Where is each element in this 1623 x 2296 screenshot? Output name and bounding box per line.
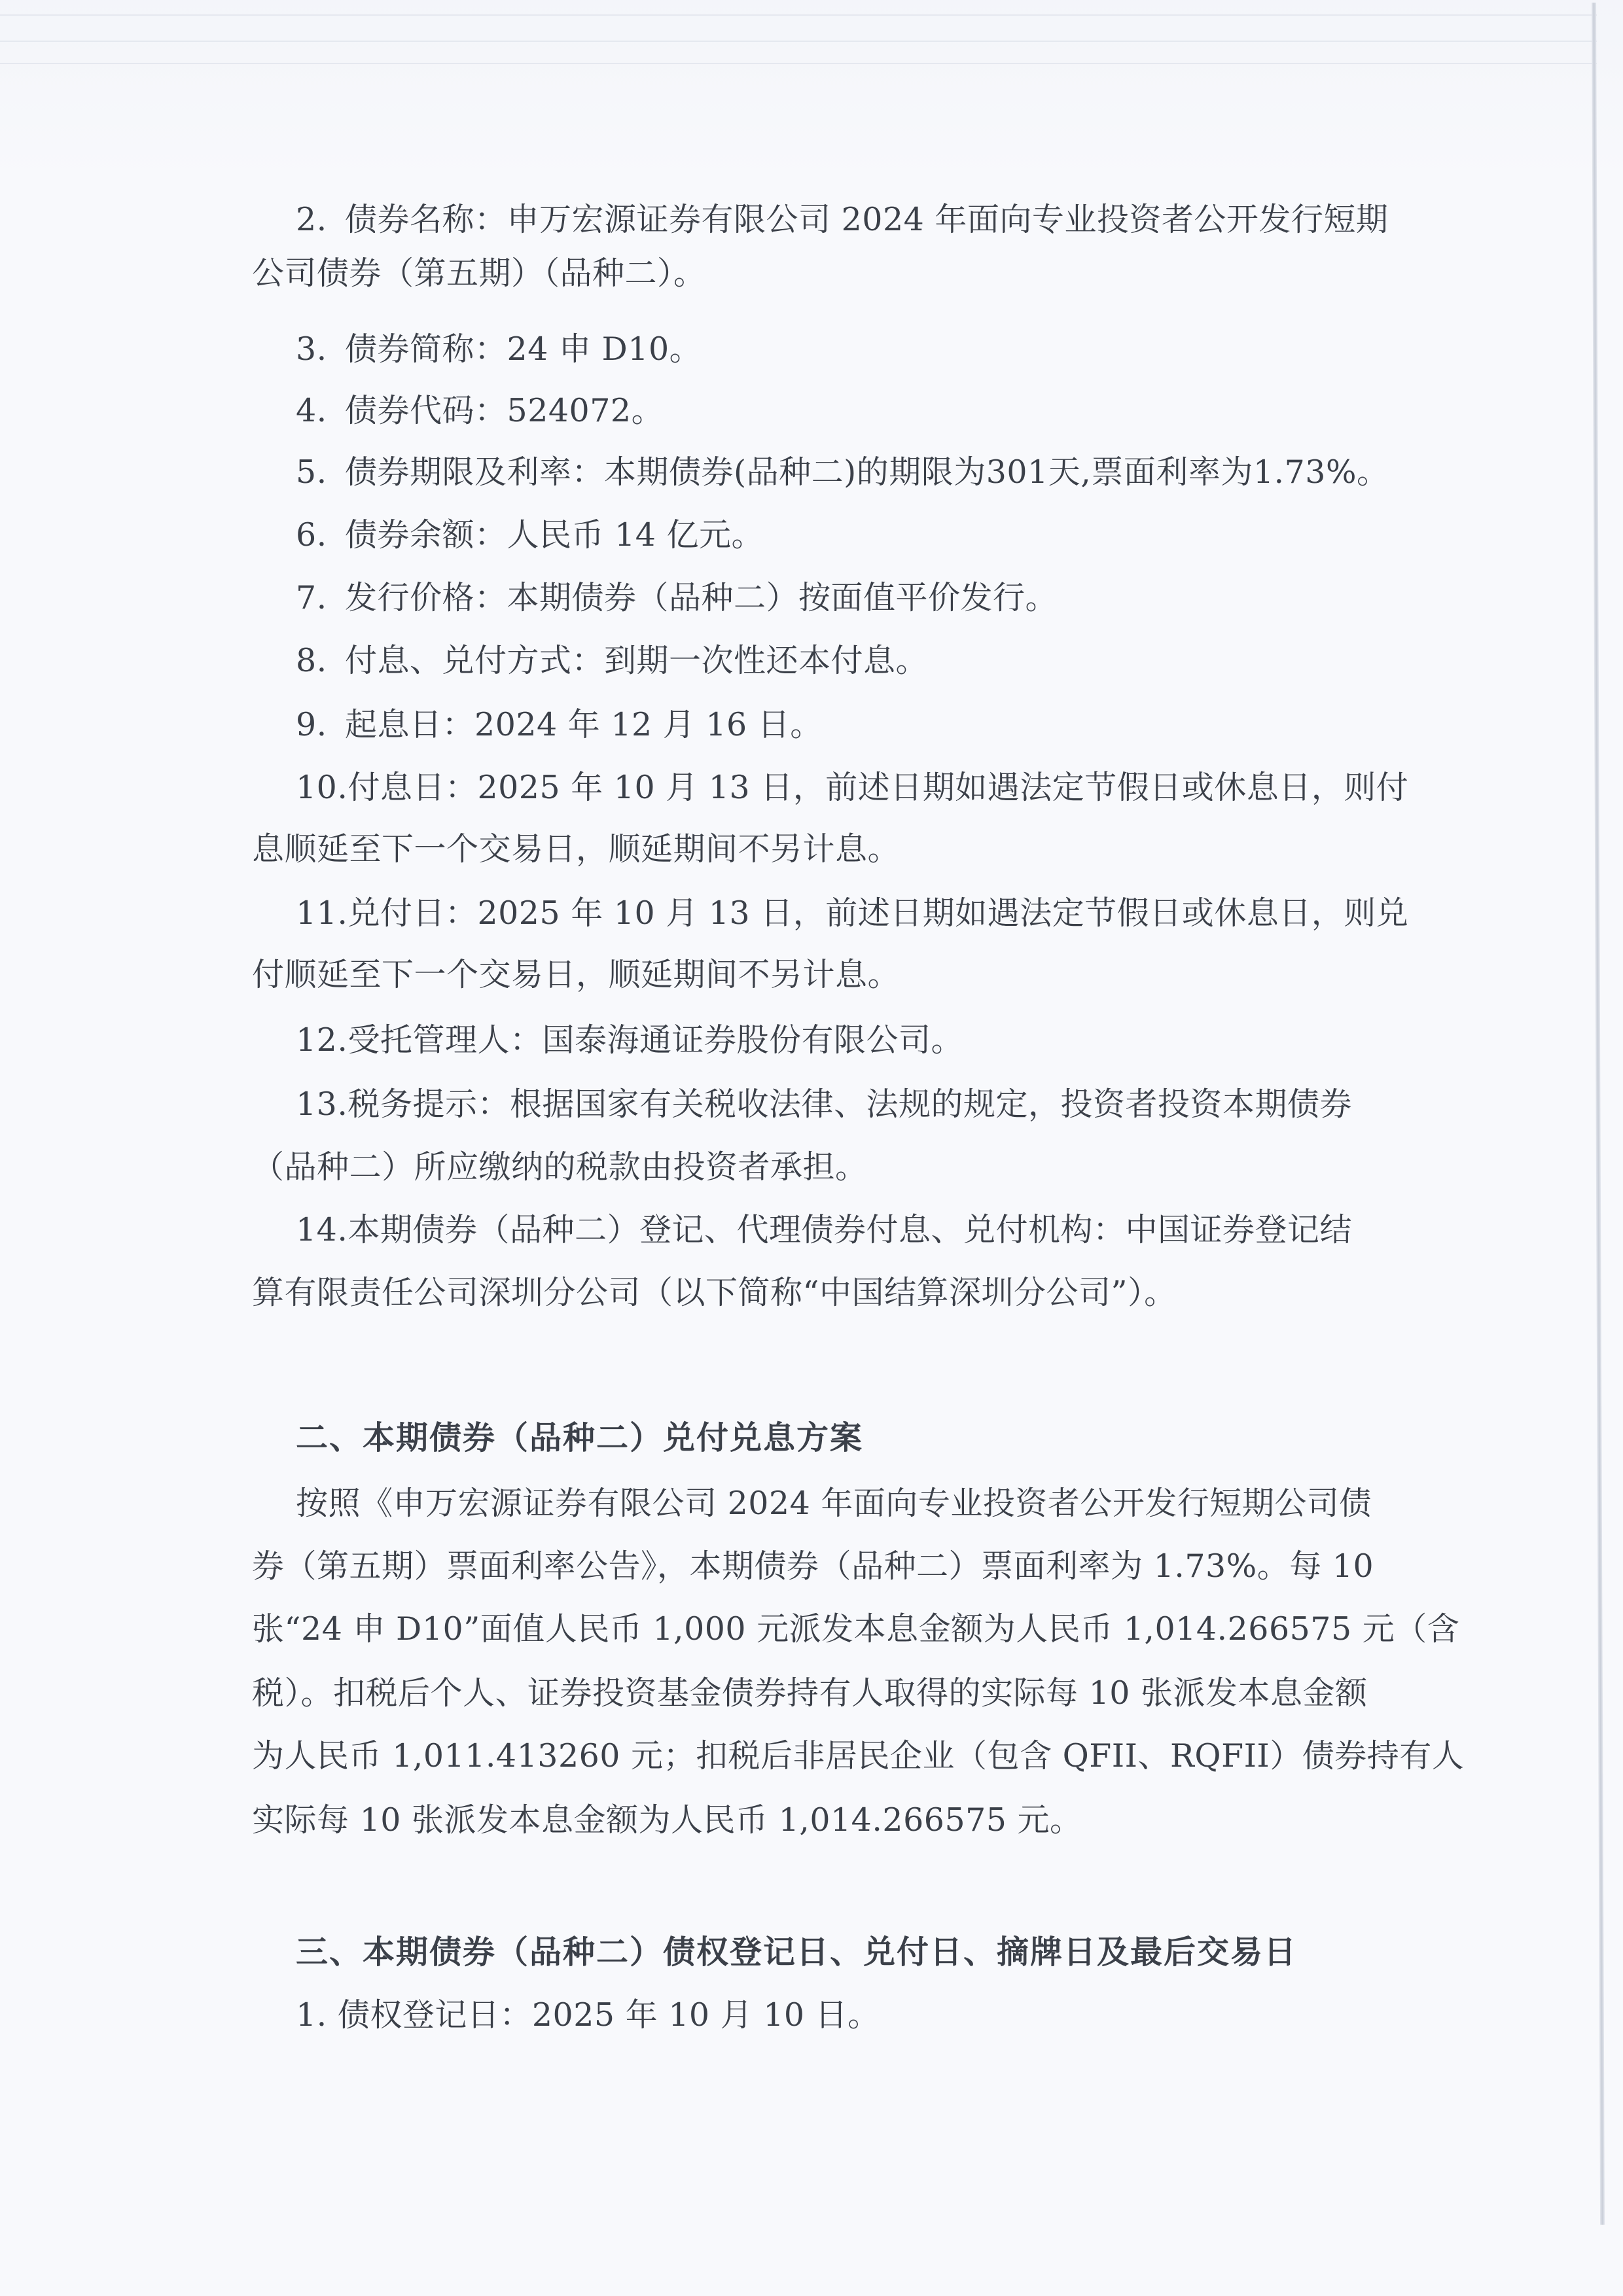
item-text: （品种二）所应缴纳的税款由投资者承担。 bbox=[252, 1148, 868, 1186]
list-item-13-continuation: （品种二）所应缴纳的税款由投资者承担。 bbox=[252, 1136, 868, 1199]
list-item-7: 7.发行价格：本期债券（品种二）按面值平价发行。 bbox=[296, 567, 1058, 629]
list-item-4: 4.债券代码：524072。 bbox=[296, 380, 664, 442]
item-label: 受托管理人： bbox=[348, 1021, 542, 1059]
item-text: 2025 年 10 月 13 日，前述日期如遇法定节假日或休息日，则付 bbox=[477, 769, 1408, 806]
list-item-13: 13.税务提示：根据国家有关税收法律、法规的规定，投资者投资本期债券 bbox=[296, 1073, 1352, 1136]
item-number: 4. bbox=[296, 380, 345, 442]
item-text: 2025 年 10 月 13 日，前述日期如遇法定节假日或休息日，则兑 bbox=[477, 894, 1408, 932]
item-label: 起息日： bbox=[345, 706, 474, 743]
item-number: 3. bbox=[296, 318, 345, 381]
item-label: 债券简称： bbox=[345, 330, 507, 368]
item-label: 债券期限及利率： bbox=[345, 453, 604, 491]
section-2-paragraph-line: 按照《申万宏源证券有限公司 2024 年面向专业投资者公开发行短期公司债 bbox=[296, 1472, 1372, 1535]
item-text: 到期一次性还本付息。 bbox=[604, 642, 928, 679]
section-3-item-1: 1. 债权登记日：2025 年 10 月 10 日。 bbox=[296, 1984, 880, 2047]
list-item-10: 10.付息日：2025 年 10 月 13 日，前述日期如遇法定节假日或休息日，… bbox=[296, 756, 1408, 819]
list-item-3: 3.债券简称：24 申 D10。 bbox=[296, 318, 702, 381]
item-number: 9. bbox=[296, 694, 345, 756]
item-number: 1. bbox=[296, 1996, 327, 2034]
item-text: 本期债券（品种二）按面值平价发行。 bbox=[507, 579, 1058, 616]
item-label: 债券代码： bbox=[345, 392, 507, 429]
scan-artifact-line bbox=[0, 14, 1597, 16]
item-label: 税务提示： bbox=[348, 1086, 510, 1123]
page-edge-line bbox=[1592, 3, 1605, 2225]
list-item-9: 9.起息日：2024 年 12 月 16 日。 bbox=[296, 694, 823, 756]
item-text: 申万宏源证券有限公司 2024 年面向专业投资者公开发行短期 bbox=[507, 201, 1389, 238]
item-label: 债权登记日： bbox=[338, 1996, 532, 2034]
item-text: 2024 年 12 月 16 日。 bbox=[474, 706, 823, 743]
item-number: 5. bbox=[296, 441, 345, 504]
item-text: 本期债券(品种二)的期限为301天,票面利率为1.73%。 bbox=[604, 453, 1389, 491]
item-number: 7. bbox=[296, 567, 345, 629]
item-label: 债券名称： bbox=[345, 201, 507, 238]
list-item-12: 12.受托管理人：国泰海通证券股份有限公司。 bbox=[296, 1009, 963, 1072]
list-item-10-continuation: 息顺延至下一个交易日，顺延期间不另计息。 bbox=[252, 818, 900, 881]
section-2-paragraph-line: 张“24 申 D10”面值人民币 1,000 元派发本息金额为人民币 1,014… bbox=[252, 1598, 1459, 1661]
item-label: 发行价格： bbox=[345, 579, 507, 616]
list-item-5: 5.债券期限及利率：本期债券(品种二)的期限为301天,票面利率为1.73%。 bbox=[296, 441, 1389, 504]
item-text: 2025 年 10 月 10 日。 bbox=[532, 1996, 880, 2034]
item-text: 算有限责任公司深圳分公司（以下简称“中国结算深圳分公司”）。 bbox=[252, 1274, 1177, 1311]
item-number: 12. bbox=[296, 1009, 348, 1072]
item-text: 24 申 D10。 bbox=[507, 330, 702, 368]
item-text: 付顺延至下一个交易日，顺延期间不另计息。 bbox=[252, 956, 900, 993]
item-number: 13. bbox=[296, 1073, 348, 1136]
list-item-14: 14.本期债券（品种二）登记、代理债券付息、兑付机构：中国证券登记结 bbox=[296, 1199, 1352, 1262]
list-item-6: 6.债券余额：人民币 14 亿元。 bbox=[296, 504, 764, 567]
list-item-11-continuation: 付顺延至下一个交易日，顺延期间不另计息。 bbox=[252, 944, 900, 1006]
list-item-11: 11.兑付日：2025 年 10 月 13 日，前述日期如遇法定节假日或休息日，… bbox=[296, 882, 1408, 945]
item-label: 债券余额： bbox=[345, 516, 507, 554]
item-number: 6. bbox=[296, 504, 345, 567]
section-2-paragraph-line: 税）。扣税后个人、证券投资基金债券持有人取得的实际每 10 张派发本息金额 bbox=[252, 1662, 1368, 1725]
section-2-paragraph-line: 券（第五期）票面利率公告》，本期债券（品种二）票面利率为 1.73%。每 10 bbox=[252, 1535, 1374, 1598]
item-text: 524072。 bbox=[507, 392, 664, 429]
section-2-paragraph-line: 为人民币 1,011.413260 元；扣税后非居民企业（包含 QFII、RQF… bbox=[252, 1725, 1464, 1788]
list-item-2-continuation: 公司债券（第五期）（品种二）。 bbox=[252, 242, 706, 305]
list-item-14-continuation: 算有限责任公司深圳分公司（以下简称“中国结算深圳分公司”）。 bbox=[252, 1262, 1177, 1324]
item-text: 根据国家有关税收法律、法规的规定，投资者投资本期债券 bbox=[510, 1086, 1352, 1123]
scan-artifact-line bbox=[0, 63, 1597, 64]
item-label: 付息日： bbox=[348, 769, 477, 806]
item-text: 息顺延至下一个交易日，顺延期间不另计息。 bbox=[252, 830, 900, 868]
item-label: 付息、兑付方式： bbox=[345, 642, 604, 679]
item-number: 11. bbox=[296, 882, 348, 945]
section-2-paragraph-line: 实际每 10 张派发本息金额为人民币 1,014.266575 元。 bbox=[252, 1789, 1082, 1852]
section-heading-3: 三、本期债券（品种二）债权登记日、兑付日、摘牌日及最后交易日 bbox=[296, 1921, 1297, 1984]
item-text: 人民币 14 亿元。 bbox=[507, 516, 764, 554]
item-number: 14. bbox=[296, 1199, 348, 1262]
scan-artifact-line bbox=[0, 41, 1597, 42]
item-text: 公司债券（第五期）（品种二）。 bbox=[252, 255, 706, 292]
scanned-page: 2.债券名称：申万宏源证券有限公司 2024 年面向专业投资者公开发行短期 公司… bbox=[0, 0, 1623, 2296]
item-label: 兑付日： bbox=[348, 894, 477, 932]
section-heading-2: 二、本期债券（品种二）兑付兑息方案 bbox=[296, 1407, 863, 1470]
item-text: 国泰海通证券股份有限公司。 bbox=[542, 1021, 963, 1059]
item-number: 10. bbox=[296, 756, 348, 819]
list-item-8: 8.付息、兑付方式：到期一次性还本付息。 bbox=[296, 629, 928, 692]
item-number: 8. bbox=[296, 629, 345, 692]
item-text: 本期债券（品种二）登记、代理债券付息、兑付机构：中国证券登记结 bbox=[348, 1211, 1352, 1248]
